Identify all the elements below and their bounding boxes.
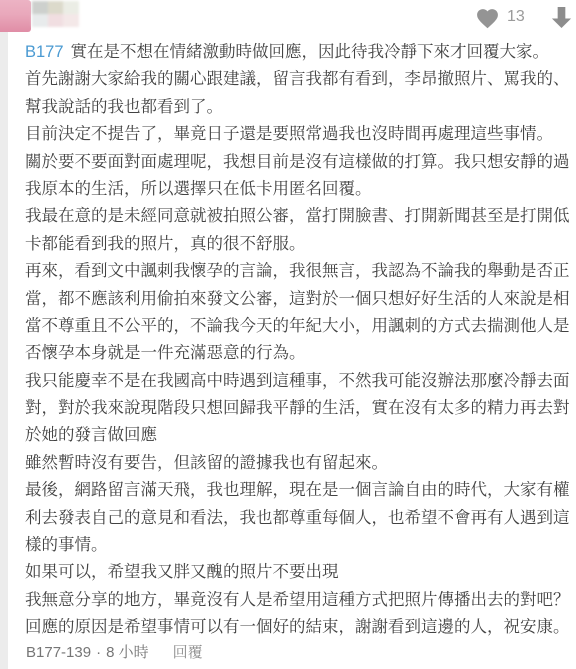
comment-footer: B177-139·8 小時回覆 [26, 643, 572, 665]
mosaic-cell [32, 14, 48, 27]
body-line: 我只能慶幸不是在我國高中時遇到這種事，不然我可能沒辦法那麼冷靜去面 [25, 368, 574, 395]
comment-header: 13 [0, 0, 576, 36]
body-line: 當，都不應該利用偷拍來發文公審，這對於一個只想好好生活的人來說是相 [25, 286, 574, 313]
body-line: 利去發表自己的意見和看法，我也都尊重每個人，也希望不會再有人遇到這 [25, 505, 574, 532]
body-line: 雖然暫時沒有要告，但該留的證據我也有留起來。 [25, 450, 574, 477]
down-arrow-icon [550, 5, 573, 30]
body-line: B177實在是不想在情緒激動時做回應，因此待我冷靜下來才回覆大家。 [25, 39, 574, 66]
heart-icon [475, 6, 500, 29]
mosaic-cell [63, 14, 79, 27]
body-line: 我最在意的是未經同意就被拍照公審，當打開臉書、打開新聞甚至是打開低 [25, 203, 574, 230]
body-line: 關於要不要面對面處理呢，我想目前是沒有這樣做的打算。我只想安靜的過 [25, 149, 574, 176]
reply-button[interactable]: 回覆 [173, 644, 203, 661]
comment-id: B177-139 [26, 644, 91, 661]
body-line: 幫我說話的我也都看到了。 [25, 94, 574, 121]
downvote-button[interactable] [550, 5, 573, 30]
comment-card: 13 B177實在是不想在情緒激動時做回應，因此待我冷靜下來才回覆大家。 首先謝… [0, 0, 576, 669]
comment-actions: 13 [475, 4, 573, 30]
body-line: 樣的事情。 [25, 532, 574, 559]
body-line: 如果可以，希望我又胖又醜的照片不要出現 [25, 559, 574, 586]
body-line: 卡都能看到我的照片，真的很不舒服。 [25, 231, 574, 258]
body-line: 回應的原因是希望事情可以有一個好的結束，謝謝看到這邊的人，祝安康。 [25, 614, 574, 641]
body-line: 再來，看到文中諷刺我懷孕的言論，我很無言，我認為不論我的舉動是否正 [25, 258, 574, 285]
body-line: 目前決定不提告了，畢竟日子還是要照常過我也沒時間再處理這些事情。 [25, 121, 574, 148]
mosaic-cell [48, 14, 64, 27]
body-line: 最後，網路留言滿天飛，我也理解，現在是一個言論自由的時代，大家有權 [25, 477, 574, 504]
like-button[interactable] [475, 6, 500, 29]
body-line: 對，對於我來說現階段只想回歸我平靜的生活，實在沒有太多的精力再去對 [25, 395, 574, 422]
mosaic-cell [63, 1, 79, 14]
card-left-edge [0, 0, 8, 669]
body-line: 我無意分享的地方，畢竟沒有人是希望用這種方式把照片傳播出去的對吧？ [25, 587, 574, 614]
mosaic-cell [48, 1, 64, 14]
body-line: 我原本的生活，所以選擇只在低卡用匿名回覆。 [25, 176, 574, 203]
avatar[interactable] [0, 0, 31, 32]
body-line: 首先謝謝大家給我的關心跟建議，留言我都有看到，李昂撤照片、罵我的、 [25, 66, 574, 93]
floor-badge[interactable]: B177 [25, 43, 64, 61]
body-line: 於她的發言做回應 [25, 422, 574, 449]
footer-separator: · [96, 644, 101, 661]
comment-time: 8 小時 [106, 644, 149, 661]
body-line-text: 實在是不想在情緒激動時做回應，因此待我冷靜下來才回覆大家。 [71, 43, 550, 61]
comment-body: B177實在是不想在情緒激動時做回應，因此待我冷靜下來才回覆大家。 首先謝謝大家… [25, 39, 574, 642]
redacted-username [32, 1, 79, 27]
body-line: 否懷孕本身就是一件充滿惡意的行為。 [25, 340, 574, 367]
like-count: 13 [507, 4, 529, 30]
mosaic-cell [32, 1, 48, 14]
body-line: 當不尊重且不公平的，不論我今天的年紀大小，用諷刺的方式去揣測他人是 [25, 313, 574, 340]
